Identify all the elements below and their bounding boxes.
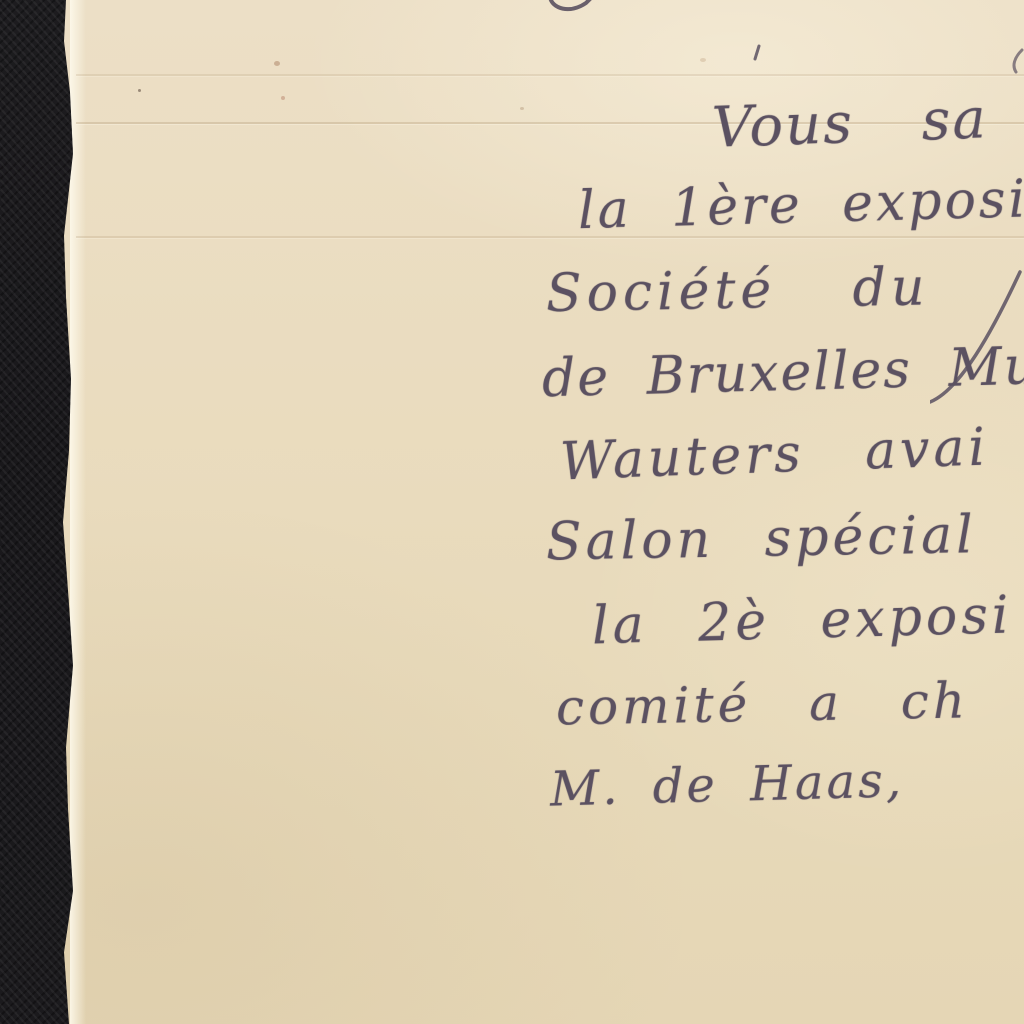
manuscript-line-6: Salon spécial	[546, 506, 978, 573]
manuscript-line-9: M. de Haas,	[549, 753, 904, 817]
foxing-spot	[520, 107, 524, 110]
cutoff-ink-stroke-right	[1006, 48, 1024, 74]
manuscript-line-2: la 1ère exposit	[577, 170, 1024, 242]
paper-crease	[76, 236, 1024, 238]
manuscript-line-1: Vous sa	[711, 87, 989, 161]
scanned-letter-page: Vous sa la 1ère exposit Société du de Br…	[0, 0, 1024, 1024]
foxing-spot	[138, 89, 141, 92]
foxing-spot	[281, 96, 285, 100]
manuscript-line-3: Société du	[546, 259, 930, 325]
manuscript-line-7: la 2è exposi	[591, 587, 1013, 658]
cutoff-ink-stroke-top	[546, 0, 606, 17]
manuscript-line-4: de Bruxelles Mu	[541, 338, 1024, 411]
foxing-spot	[700, 58, 706, 62]
paper-crease	[76, 74, 1024, 76]
manuscript-line-8: comité a ch	[556, 672, 970, 737]
stray-accent-mark	[750, 44, 764, 62]
foxing-spot	[274, 61, 280, 66]
